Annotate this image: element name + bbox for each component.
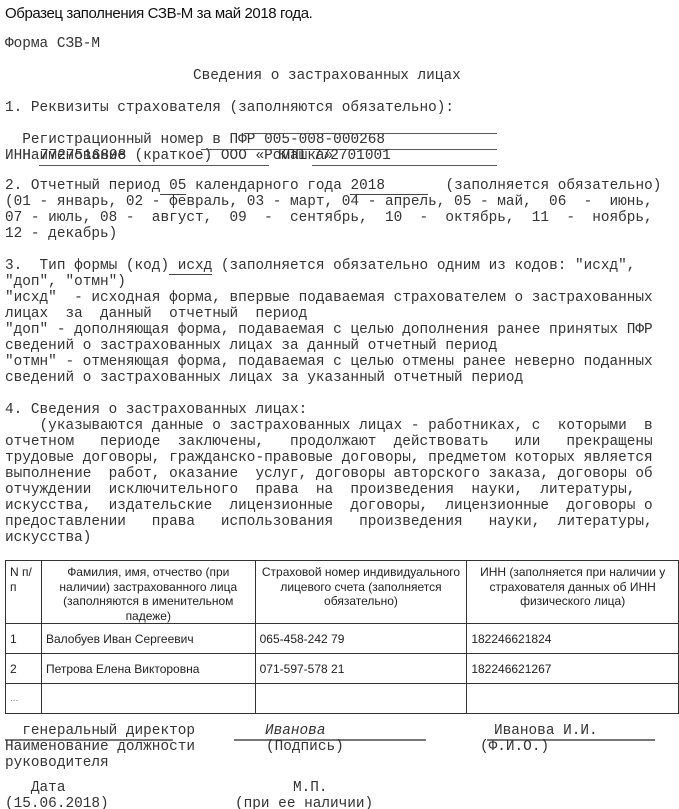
section4-line: искусства, издательские лицензионные дог… [5,498,653,514]
cell-full-name[interactable] [41,684,255,714]
fio-label: (Ф.И.О.) [480,739,549,755]
kpp-value[interactable]: 772701001 [313,148,391,164]
header-full-name: Фамилия, имя, отчество (при наличии) зас… [41,561,255,624]
table-row: ... [6,684,679,714]
section4-line: отчетном периоде заключены, продолжают д… [5,434,653,450]
kpp-label: КПП [278,148,304,164]
year-value[interactable]: 2018 [350,178,428,195]
section2-line2: (01 - январь, 02 - февраль, 03 - март, 0… [5,194,653,210]
header-snils: Страховой номер индивидуального лицевого… [255,561,467,624]
stamp-label: М.П. [293,780,328,796]
cell-inn[interactable]: 182246621824 [467,624,679,654]
table-header-row: N п/п Фамилия, имя, отчество (при наличи… [6,561,679,624]
cell-snils[interactable]: 071-597-578 21 [255,654,467,684]
section4-line: отчуждении исключительного права на прои… [5,482,635,498]
cell-full-name[interactable]: Петрова Елена Викторовна [41,654,255,684]
section4-line: трудовые договоры, гражданско-правовые д… [5,450,653,466]
stamp-note: (при ее наличии) [235,796,373,809]
section4-heading: 4. Сведения о застрахованных лицах: [5,402,307,418]
cell-full-name[interactable]: Валобуев Иван Сергеевич [41,624,255,654]
section4-line: выполнение работ, оказание услуг, догово… [5,466,653,482]
inn-value[interactable]: 7727516898 [40,148,126,164]
cell-inn[interactable]: 182246621267 [467,654,679,684]
form-type-value[interactable]: исхд [169,258,212,275]
section4-line: искусства) [5,530,91,546]
inn-label: ИНН [5,148,31,164]
form-type-label: 3. Тип формы (код) [5,258,169,274]
section2-line3: 07 - июль, 08 - август, 09 - сентябрь, 1… [5,210,653,226]
position-label-2: руководителя [5,755,109,771]
section3-line5: "доп" - дополняющая форма, подаваемая с … [5,322,653,338]
form-type-note: (заполняется обязательно одним из кодов:… [221,258,636,274]
period-value[interactable]: 05 [160,178,186,195]
form-label: Форма СЗВ-М [5,36,100,52]
cell-snils[interactable] [255,684,467,714]
cell-number: 1 [6,624,42,654]
period-label: 2. Отчетный период [5,178,160,194]
cell-snils[interactable]: 065-458-242 79 [255,624,467,654]
section3-line6: сведений о застрахованных лицах за данны… [5,338,497,354]
section2-line4: 12 - декабрь) [5,226,117,242]
section3-line3: "исхд" - исходная форма, впервые подавае… [5,290,653,306]
cell-inn[interactable] [467,684,679,714]
header-inn: ИНН (заполняется при наличии у страховат… [467,561,679,624]
section1-heading: 1. Реквизиты страхователя (заполняются о… [5,100,454,116]
page-title: Образец заполнения СЗВ-М за май 2018 год… [5,5,312,22]
period-required-note: (заполняется обязательно) [445,178,661,194]
fio-value[interactable]: Иванова И.И. [494,723,598,739]
section3-line7: "отмн" - отменяющая форма, подаваемая с … [5,354,653,370]
inn-underline [39,165,269,166]
insured-persons-table: N п/п Фамилия, имя, отчество (при наличи… [5,560,679,714]
position-value[interactable]: генеральный директор [5,723,195,739]
section3-line1: 3. Тип формы (код) исхд (заполняется обя… [5,258,635,275]
cell-number: ... [6,684,42,714]
signature-label: (Подпись) [266,739,344,755]
section2-line1: 2. Отчетный период 05 календарного года … [5,178,661,195]
date-label: Дата [5,780,65,796]
section3-line4: лицах за данный отчетный период [5,306,307,322]
section4-line: (указываются данные о застрахованных лиц… [5,418,653,434]
table-row: 2 Петрова Елена Викторовна 071-597-578 2… [6,654,679,684]
year-label: календарного года [195,178,342,194]
table-row: 1 Валобуев Иван Сергеевич 065-458-242 79… [6,624,679,654]
section3-line2: "доп", "отмн") [5,274,126,290]
date-value[interactable]: (15.06.2018) [5,796,109,809]
signature-value[interactable]: Иванова [265,723,325,739]
position-label-1: Наименование должности [5,739,195,755]
cell-number: 2 [6,654,42,684]
form-heading: Сведения о застрахованных лицах [193,68,461,84]
kpp-underline [312,165,497,166]
section4-line: предоставлении права использования произ… [5,514,653,530]
section3-line8: сведений о застрахованных лицах за указа… [5,370,523,386]
header-number: N п/п [6,561,42,624]
